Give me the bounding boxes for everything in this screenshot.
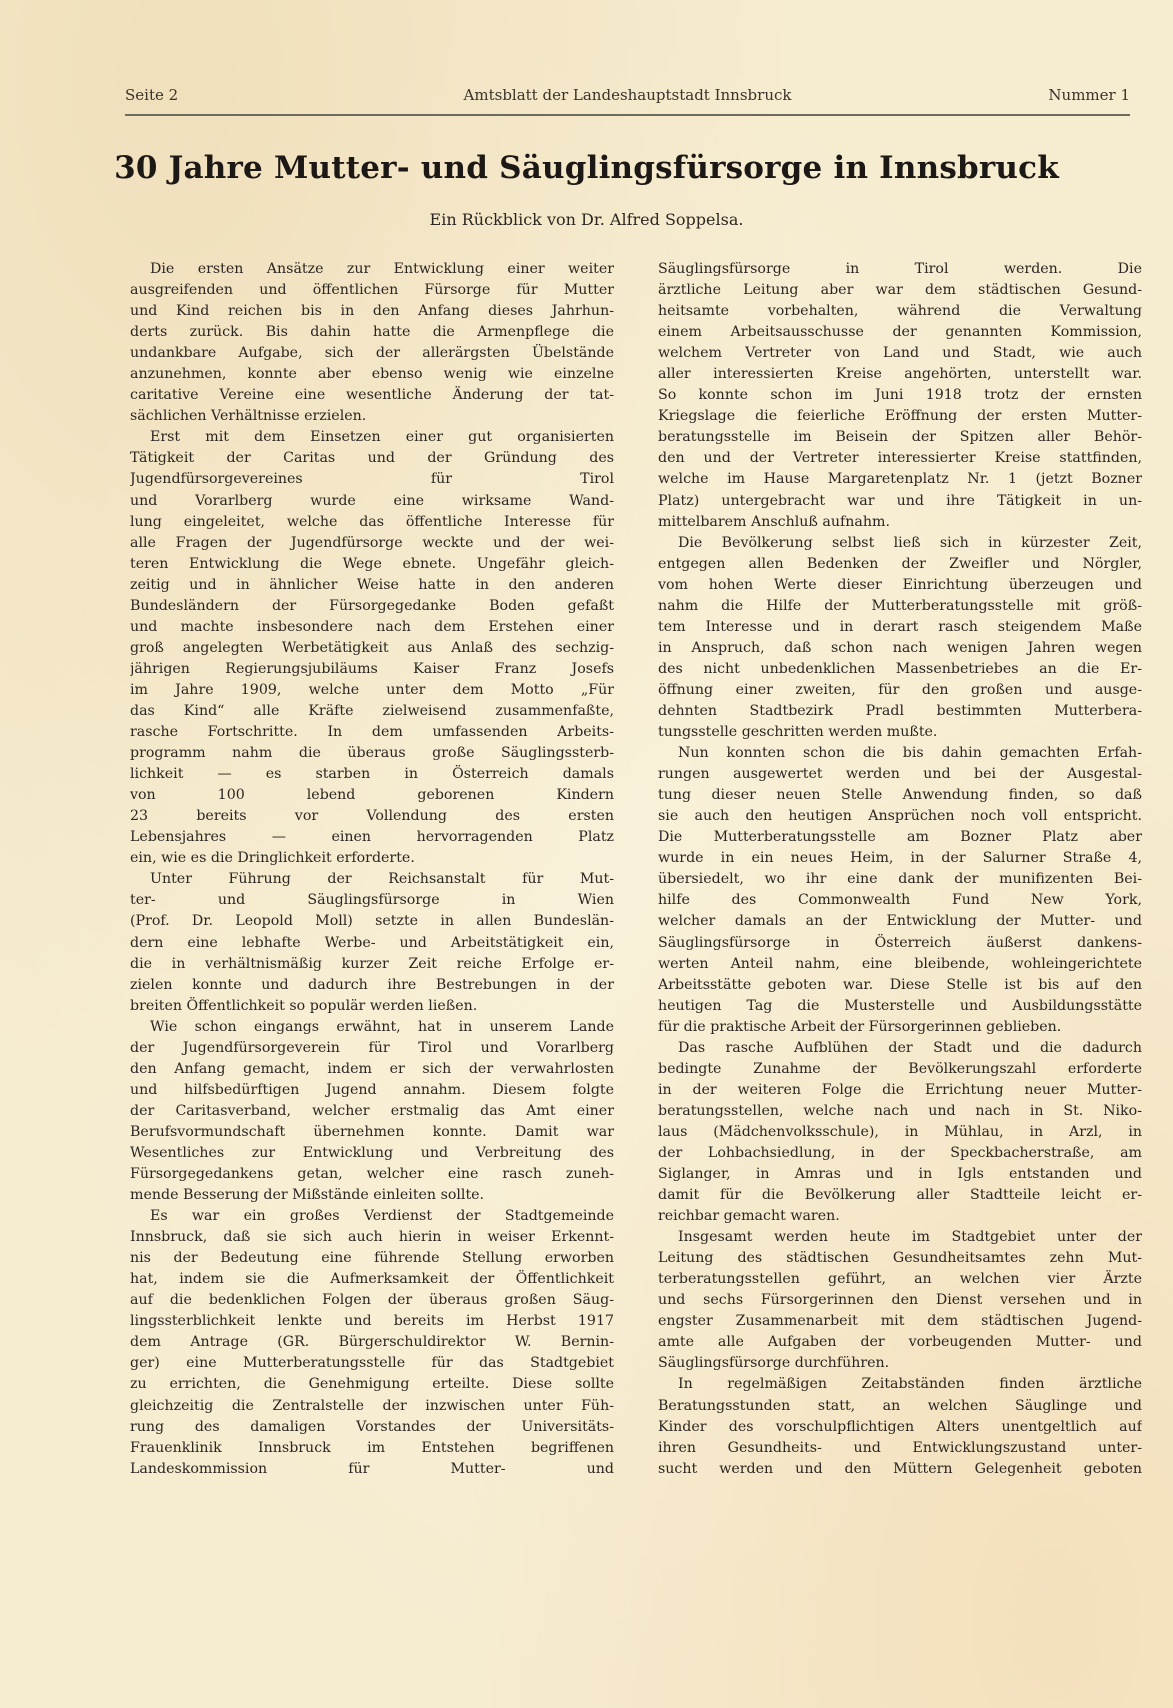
article-title: 30 Jahre Mutter- und Säuglingsfürsorge i…: [0, 150, 1173, 186]
text-line: ger) eine Mutterberatungsstelle für das …: [130, 1353, 614, 1374]
text-line: bedingte Zunahme der Bevölkerungszahl er…: [658, 1059, 1142, 1080]
text-line: tem Interesse und in derart rasch steige…: [658, 617, 1142, 638]
text-line: anzunehmen, konnte aber ebenso wenig wie…: [130, 364, 614, 385]
text-line: beratungsstelle im Beisein der Spitzen a…: [658, 427, 1142, 448]
text-line: damit für die Bevölkerung aller Stadttei…: [658, 1185, 1142, 1206]
text-line: lung eingeleitet, welche das öffentliche…: [130, 512, 614, 533]
text-line: sucht werden und den Müttern Gelegenheit…: [658, 1459, 1142, 1480]
text-line: dem Antrage (GR. Bürgerschuldirektor W. …: [130, 1332, 614, 1353]
text-line: Wie schon eingangs erwähnt, hat in unser…: [130, 1017, 614, 1038]
text-line: für die praktische Arbeit der Fürsorgeri…: [658, 1017, 1142, 1038]
text-line: Es war ein großes Verdienst der Stadtgem…: [130, 1206, 614, 1227]
text-line: undankbare Aufgabe, sich der allerärgste…: [130, 343, 614, 364]
text-line: reichbar gemacht waren.: [658, 1206, 1142, 1227]
text-line: Erst mit dem Einsetzen einer gut organis…: [130, 427, 614, 448]
text-line: Nun konnten schon die bis dahin gemachte…: [658, 743, 1142, 764]
text-line: sächlichen Verhältnisse erzielen.: [130, 406, 614, 427]
issue-number: Nummer 1: [1048, 86, 1130, 104]
text-line: welchem Vertreter von Land und Stadt, wi…: [658, 343, 1142, 364]
text-line: sie auch den heutigen Ansprüchen noch vo…: [658, 806, 1142, 827]
text-line: jährigen Regierungsjubiläums Kaiser Fran…: [130, 659, 614, 680]
text-line: und hilfsbedürftigen Jugend annahm. Dies…: [130, 1080, 614, 1101]
article-byline: Ein Rückblick von Dr. Alfred Soppelsa.: [0, 210, 1173, 229]
text-line: ausgreifenden und öffentlichen Fürsorge …: [130, 280, 614, 301]
header-rule: [125, 114, 1130, 116]
text-line: Kinder des vorschulpflichtigen Alters un…: [658, 1417, 1142, 1438]
text-line: den und der Vertreter interessierter Kre…: [658, 448, 1142, 469]
text-line: tung dieser neuen Stelle Anwendung finde…: [658, 785, 1142, 806]
text-line: und sechs Fürsorgerinnen den Dienst vers…: [658, 1290, 1142, 1311]
text-line: So konnte schon im Juni 1918 trotz der e…: [658, 385, 1142, 406]
text-line: groß angelegten Werbetätigkeit aus Anlaß…: [130, 638, 614, 659]
text-line: zeitig und in ähnlicher Weise hatte in d…: [130, 575, 614, 596]
text-line: Frauenklinik Innsbruck im Entstehen begr…: [130, 1438, 614, 1459]
text-line: den Anfang gemacht, indem er sich der ve…: [130, 1059, 614, 1080]
text-line: Wesentliches zur Entwicklung und Verbrei…: [130, 1143, 614, 1164]
text-line: Jugendfürsorgevereines für Tirol: [130, 469, 614, 490]
text-line: der Lohbachsiedlung, in der Speckbachers…: [658, 1143, 1142, 1164]
text-line: einem Arbeitsausschusse der genannten Ko…: [658, 322, 1142, 343]
text-line: Unter Führung der Reichsanstalt für Mut-: [130, 869, 614, 890]
text-line: Insgesamt werden heute im Stadtgebiet un…: [658, 1227, 1142, 1248]
text-line: wurde in ein neues Heim, in der Salurner…: [658, 848, 1142, 869]
text-line: Tätigkeit der Caritas und der Gründung d…: [130, 448, 614, 469]
right-column: Säuglingsfürsorge in Tirol werden. Dieär…: [658, 259, 1142, 1480]
text-line: breiten Öffentlichkeit so populär werden…: [130, 996, 614, 1017]
newspaper-page: Seite 2 Amtsblatt der Landeshauptstadt I…: [0, 0, 1173, 1708]
text-line: (Prof. Dr. Leopold Moll) setzte in allen…: [130, 911, 614, 932]
text-line: rungen ausgewertet werden und bei der Au…: [658, 764, 1142, 785]
text-line: Arbeitsstätte geboten war. Diese Stelle …: [658, 975, 1142, 996]
text-line: Leitung des städtischen Gesundheitsamtes…: [658, 1248, 1142, 1269]
text-line: teren Entwicklung die Wege ebnete. Ungef…: [130, 554, 614, 575]
text-line: hat, indem sie die Aufmerksamkeit der Öf…: [130, 1269, 614, 1290]
text-line: ärztliche Leitung aber war dem städtisch…: [658, 280, 1142, 301]
text-line: Säuglingsfürsorge in Österreich äußerst …: [658, 933, 1142, 954]
text-line: lichkeit — es starben in Österreich dama…: [130, 764, 614, 785]
text-line: engster Zusammenarbeit mit dem städtisch…: [658, 1311, 1142, 1332]
text-line: ter- und Säuglingsfürsorge in Wien: [130, 890, 614, 911]
text-line: 23 bereits vor Vollendung des ersten: [130, 806, 614, 827]
text-line: Die Mutterberatungsstelle am Bozner Plat…: [658, 827, 1142, 848]
text-line: Siglanger, in Amras und in Igls entstand…: [658, 1164, 1142, 1185]
text-line: rasche Fortschritte. In dem umfassenden …: [130, 722, 614, 743]
text-line: beratungsstellen, welche nach und nach i…: [658, 1101, 1142, 1122]
text-line: und Vorarlberg wurde eine wirksame Wand-: [130, 491, 614, 512]
text-line: dern eine lebhafte Werbe- und Arbeitstät…: [130, 933, 614, 954]
text-line: derts zurück. Bis dahin hatte die Armenp…: [130, 322, 614, 343]
text-line: Kriegslage die feierliche Eröffnung der …: [658, 406, 1142, 427]
text-line: öffnung einer zweiten, für den großen un…: [658, 680, 1142, 701]
text-line: Berufsvormundschaft übernehmen konnte. D…: [130, 1122, 614, 1143]
text-line: welche im Hause Margaretenplatz Nr. 1 (j…: [658, 469, 1142, 490]
text-line: in der weiteren Folge die Errichtung neu…: [658, 1080, 1142, 1101]
text-line: Das rasche Aufblühen der Stadt und die d…: [658, 1038, 1142, 1059]
text-line: werten Anteil nahm, eine bleibende, wohl…: [658, 954, 1142, 975]
text-line: Fürsorgegedankens getan, welcher eine ra…: [130, 1164, 614, 1185]
text-line: der Jugendfürsorgeverein für Tirol und V…: [130, 1038, 614, 1059]
text-line: Säuglingsfürsorge durchführen.: [658, 1353, 1142, 1374]
text-line: zielen konnte und dadurch ihre Bestrebun…: [130, 975, 614, 996]
text-line: die in verhältnismäßig kurzer Zeit reich…: [130, 954, 614, 975]
text-line: entgegen allen Bedenken der Zweifler und…: [658, 554, 1142, 575]
text-line: zu errichten, die Genehmigung erteilte. …: [130, 1374, 614, 1395]
text-line: nahm die Hilfe der Mutterberatungsstelle…: [658, 596, 1142, 617]
text-line: und Kind reichen bis in den Anfang diese…: [130, 301, 614, 322]
text-line: übersiedelt, wo ihr eine dank der munifi…: [658, 869, 1142, 890]
text-line: terberatungsstellen geführt, an welchen …: [658, 1269, 1142, 1290]
text-line: in Anspruch, daß schon nach wenigen Jahr…: [658, 638, 1142, 659]
text-line: amte alle Aufgaben der vorbeugenden Mutt…: [658, 1332, 1142, 1353]
text-line: ihren Gesundheits- und Entwicklungszusta…: [658, 1438, 1142, 1459]
text-line: Die ersten Ansätze zur Entwicklung einer…: [130, 259, 614, 280]
text-line: Landeskommission für Mutter- und: [130, 1459, 614, 1480]
text-line: Die Bevölkerung selbst ließ sich in kürz…: [658, 533, 1142, 554]
text-line: tungsstelle geschritten werden mußte.: [658, 722, 1142, 743]
text-line: nis der Bedeutung eine führende Stellung…: [130, 1248, 614, 1269]
publication-title: Amtsblatt der Landeshauptstadt Innsbruck: [125, 86, 1130, 104]
text-line: und machte insbesondere nach dem Erstehe…: [130, 617, 614, 638]
text-line: Innsbruck, daß sie sich auch hierin in w…: [130, 1227, 614, 1248]
running-head: Seite 2 Amtsblatt der Landeshauptstadt I…: [125, 86, 1130, 110]
text-line: laus (Mädchenvolksschule), in Mühlau, in…: [658, 1122, 1142, 1143]
text-line: das Kind“ alle Kräfte zielweisend zusamm…: [130, 701, 614, 722]
text-line: der Caritasverband, welcher erstmalig da…: [130, 1101, 614, 1122]
text-line: vom hohen Werte dieser Einrichtung überz…: [658, 575, 1142, 596]
text-line: welcher damals an der Entwicklung der Mu…: [658, 911, 1142, 932]
text-line: mittelbarem Anschluß aufnahm.: [658, 512, 1142, 533]
text-line: heitsamte vorbehalten, während die Verwa…: [658, 301, 1142, 322]
text-line: aller interessierten Kreise angehörten, …: [658, 364, 1142, 385]
text-line: Säuglingsfürsorge in Tirol werden. Die: [658, 259, 1142, 280]
text-line: von 100 lebend geborenen Kindern: [130, 785, 614, 806]
text-line: Bundesländern der Fürsorgegedanke Boden …: [130, 596, 614, 617]
text-line: auf die bedenklichen Folgen der überaus …: [130, 1290, 614, 1311]
text-line: gleichzeitig die Zentralstelle der inzwi…: [130, 1396, 614, 1417]
left-column: Die ersten Ansätze zur Entwicklung einer…: [130, 259, 614, 1480]
text-line: mende Besserung der Mißstände einleiten …: [130, 1185, 614, 1206]
text-line: dehnten Stadtbezirk Pradl bestimmten Mut…: [658, 701, 1142, 722]
text-line: des nicht unbedenklichen Massenbetriebes…: [658, 659, 1142, 680]
text-line: Beratungsstunden statt, an welchen Säugl…: [658, 1396, 1142, 1417]
text-line: rung des damaligen Vorstandes der Univer…: [130, 1417, 614, 1438]
text-line: programm nahm die überaus große Säugling…: [130, 743, 614, 764]
text-line: hilfe des Commonwealth Fund New York,: [658, 890, 1142, 911]
text-line: caritative Vereine eine wesentliche Ände…: [130, 385, 614, 406]
text-line: lingssterblichkeit lenkte und bereits im…: [130, 1311, 614, 1332]
text-line: heutigen Tag die Musterstelle und Ausbil…: [658, 996, 1142, 1017]
text-line: ein, wie es die Dringlichkeit erforderte…: [130, 848, 614, 869]
text-line: im Jahre 1909, welche unter dem Motto „F…: [130, 680, 614, 701]
text-line: In regelmäßigen Zeitabständen finden ärz…: [658, 1374, 1142, 1395]
text-line: Platz) untergebracht war und ihre Tätigk…: [658, 491, 1142, 512]
text-line: alle Fragen der Jugendfürsorge weckte un…: [130, 533, 614, 554]
text-line: Lebensjahres — einen hervorragenden Plat…: [130, 827, 614, 848]
